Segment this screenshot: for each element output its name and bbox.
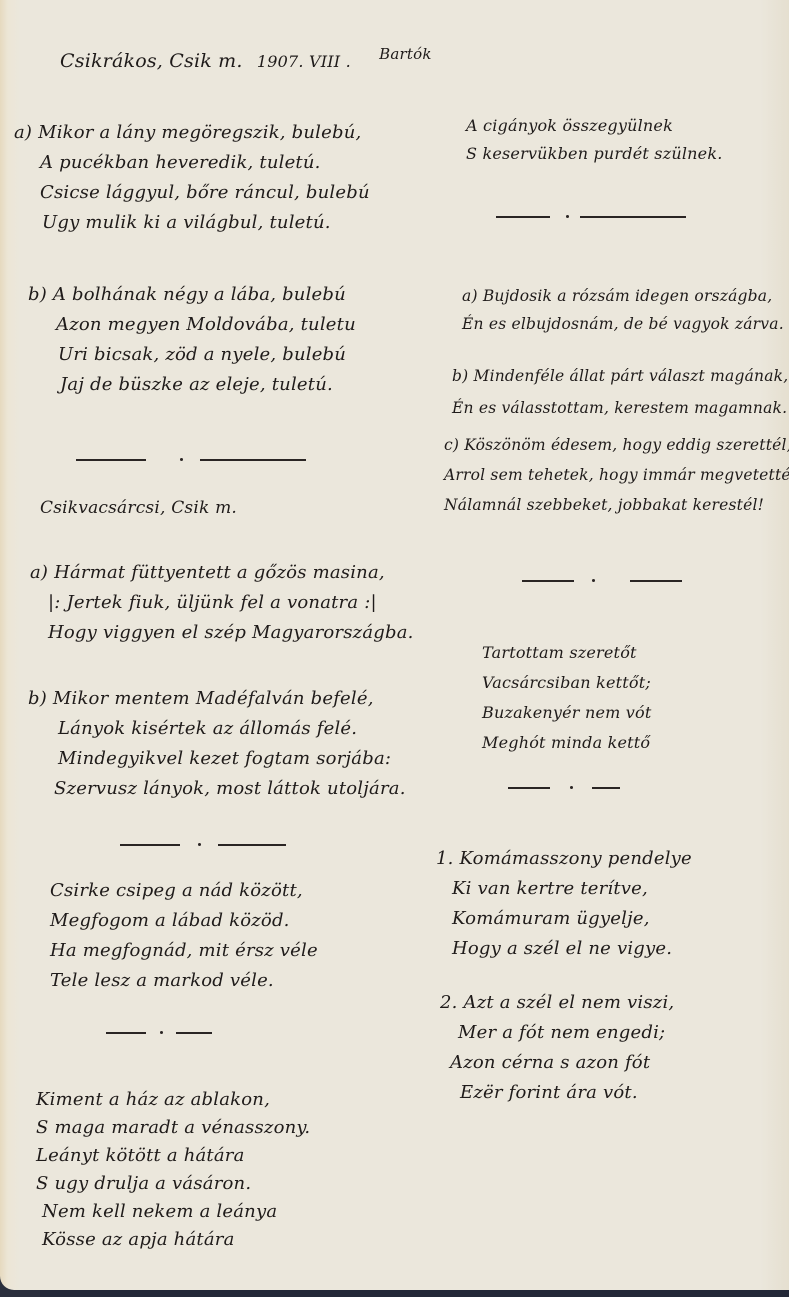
verse-line: Hogy a szél el ne vigye. xyxy=(436,934,692,964)
header-date: 1907. VIII . xyxy=(257,52,351,71)
manuscript-page: Csikrákos, Csik m. 1907. VIII . Bartók a… xyxy=(0,0,789,1290)
separator-divider xyxy=(106,1032,212,1034)
separator-divider xyxy=(76,459,306,461)
verse-line: a) Hármat füttyentett a gőzös masina, xyxy=(30,558,414,588)
song2-verse-a: a) Hármat füttyentett a gőzös masina, |:… xyxy=(30,558,414,648)
verse-line: Szervusz lányok, most láttok utoljára. xyxy=(28,774,406,804)
verse-line: Arrol sem tehetek, hogy immár megvetetté… xyxy=(444,460,789,490)
verse-line: A pucékban heveredik, tuletú. xyxy=(14,148,370,178)
verse-line: Ki van kertre terítve, xyxy=(436,874,692,904)
verse-line: Mindegyikvel kezet fogtam sorjába: xyxy=(28,744,406,774)
header-location: Csikrákos, Csik m. xyxy=(60,50,243,72)
verse-line: c) Köszönöm édesem, hogy eddig szerettél… xyxy=(444,430,789,460)
header-author: Bartók xyxy=(379,45,431,63)
section2-heading: Csikvacsárcsi, Csik m. xyxy=(40,498,237,518)
verse-line: b) Mindenféle állat párt választ magának… xyxy=(452,360,788,392)
verse-line: Lányok kisértek az állomás felé. xyxy=(28,714,406,744)
verse-line: Jaj de büszke az eleje, tuletú. xyxy=(28,370,356,400)
verse-line: a) Bujdosik a rózsám idegen országba, xyxy=(462,282,784,310)
verse-line: Buzakenyér nem vót xyxy=(482,698,651,728)
verse-line: Nálamnál szebbeket, jobbakat kerestél! xyxy=(444,490,789,520)
verse-line: Megfogom a lábad közöd. xyxy=(50,906,318,936)
verse-line: Ugy mulik ki a világbul, tuletú. xyxy=(14,208,370,238)
verse-line: b) A bolhának négy a lába, bulebú xyxy=(28,280,356,310)
verse-line: Komámuram ügyelje, xyxy=(436,904,692,934)
verse-line: Csicse lággyul, bőre ráncul, bulebú xyxy=(14,178,370,208)
verse-line: S keservükben purdét szülnek. xyxy=(466,140,723,168)
separator-divider xyxy=(522,580,682,582)
verse-line: Én es elbujdosnám, de bé vagyok zárva. xyxy=(462,310,784,338)
song5-verse-a: a) Bujdosik a rózsám idegen országba, Én… xyxy=(462,282,784,338)
separator-divider xyxy=(508,787,620,789)
verse-line: Azon megyen Moldovába, tuletu xyxy=(28,310,356,340)
separator-divider xyxy=(496,216,686,218)
verse-line: b) Mikor mentem Madéfalván befelé, xyxy=(28,684,406,714)
verse-line: Ezër forint ára vót. xyxy=(440,1078,674,1108)
verse-line: Nem kell nekem a leánya xyxy=(36,1198,310,1226)
song4-verse: Kiment a ház az ablakon, S maga maradt a… xyxy=(36,1086,310,1254)
song5-verse-c: c) Köszönöm édesem, hogy eddig szerettél… xyxy=(444,430,789,520)
verse-line: |: Jertek fiuk, üljünk fel a vonatra :| xyxy=(30,588,414,618)
verse-line: Ha megfognád, mit érsz véle xyxy=(50,936,318,966)
verse-line: Hogy viggyen el szép Magyarországba. xyxy=(30,618,414,648)
song2-verse-b: b) Mikor mentem Madéfalván befelé, Lányo… xyxy=(28,684,406,804)
verse-line: Én es válasstottam, kerestem magamnak. xyxy=(452,392,788,424)
verse-line: Azon cérna s azon fót xyxy=(440,1048,674,1078)
verse-line: 2. Azt a szél el nem viszi, xyxy=(440,988,674,1018)
verse-line: Tele lesz a markod véle. xyxy=(50,966,318,996)
verse-line: Vacsárcsiban kettőt; xyxy=(482,668,651,698)
song6-verse: Tartottam szeretőt Vacsárcsiban kettőt; … xyxy=(482,638,651,758)
verse-line: 1. Komámasszony pendelye xyxy=(436,844,692,874)
header: Csikrákos, Csik m. 1907. VIII . Bartók xyxy=(60,50,432,72)
song3-verse: Csirke csipeg a nád között, Megfogom a l… xyxy=(50,876,318,996)
verse-line: Meghót minda kettő xyxy=(482,728,651,758)
verse-line: Kiment a ház az ablakon, xyxy=(36,1086,310,1114)
verse-line: Uri bicsak, zöd a nyele, bulebú xyxy=(28,340,356,370)
separator-divider xyxy=(120,844,286,846)
verse-line: Leányt kötött a hátára xyxy=(36,1142,310,1170)
background-edge xyxy=(40,1290,789,1297)
verse-line: Kösse az apja hátára xyxy=(36,1226,310,1254)
verse-line: Csirke csipeg a nád között, xyxy=(50,876,318,906)
verse-line: S maga maradt a vénasszony. xyxy=(36,1114,310,1142)
verse-line: Tartottam szeretőt xyxy=(482,638,651,668)
song1-verse-a: a) Mikor a lány megöregszik, bulebú, A p… xyxy=(14,118,370,238)
song1-continuation: A cigányok összegyülnek S keservükben pu… xyxy=(466,112,723,168)
verse-line: Mer a fót nem engedi; xyxy=(440,1018,674,1048)
song7-verse-2: 2. Azt a szél el nem viszi, Mer a fót ne… xyxy=(440,988,674,1108)
verse-line: a) Mikor a lány megöregszik, bulebú, xyxy=(14,118,370,148)
verse-line: S ugy drulja a vásáron. xyxy=(36,1170,310,1198)
song1-verse-b: b) A bolhának négy a lába, bulebú Azon m… xyxy=(28,280,356,400)
song7-verse-1: 1. Komámasszony pendelye Ki van kertre t… xyxy=(436,844,692,964)
song5-verse-b: b) Mindenféle állat párt választ magának… xyxy=(452,360,788,424)
verse-line: A cigányok összegyülnek xyxy=(466,112,723,140)
